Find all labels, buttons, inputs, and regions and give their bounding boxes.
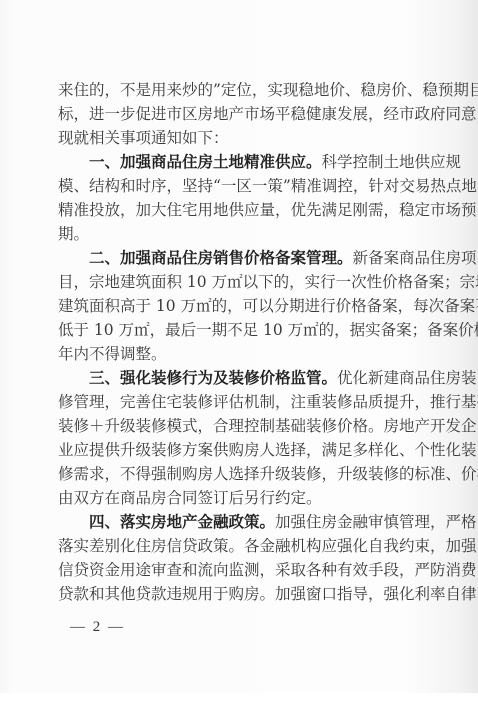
section-heading-line: 四、落实房地产金融政策。加强住房金融审慎管理，严格 — [58, 510, 422, 534]
text-line: 年内不得调整。 — [58, 342, 422, 366]
text-line: 修需求，不得强制购房人选择升级装修，升级装修的标准、价格 — [58, 462, 422, 486]
page-number: — 2 — — [70, 619, 125, 636]
document-body: 来住的，不是用来炒的”定位，实现稳地价、稳房价、稳预期目 标，进一步促进市区房地… — [58, 78, 422, 606]
section-text: 优化新建商品住房装 — [337, 369, 477, 387]
text-line: 业应提供升级装修方案供购房人选择，满足多样化、个性化装 — [58, 438, 422, 462]
section-4: 四、落实房地产金融政策。加强住房金融审慎管理，严格 落实差别化住房信贷政策。各金… — [58, 510, 422, 606]
section-heading: 三、强化装修行为及装修价格监管。 — [89, 369, 337, 387]
section-heading-line: 二、加强商品住房销售价格备案管理。新备案商品住房项 — [58, 246, 422, 270]
text-line: 现就相关事项通知如下： — [58, 126, 422, 150]
text-line: 建筑面积高于 10 万㎡的，可以分期进行价格备案，每次备案不 — [58, 294, 422, 318]
text-line: 标，进一步促进市区房地产市场平稳健康发展，经市政府同意， — [58, 102, 422, 126]
section-heading: 四、落实房地产金融政策。 — [89, 513, 275, 531]
section-heading: 二、加强商品住房销售价格备案管理。 — [89, 249, 353, 267]
section-text: 加强住房金融审慎管理，严格 — [275, 513, 477, 531]
text-line: 目，宗地建筑面积 10 万㎡以下的，实行一次性价格备案；宗地 — [58, 270, 422, 294]
text-line: 信贷资金用途审查和流向监测，采取各种有效手段，严防消费 — [58, 558, 422, 582]
text-line: 期。 — [58, 222, 422, 246]
text-line: 模、结构和时序，坚持“一区一策”精准调控，针对交易热点地区 — [58, 174, 422, 198]
text-line: 精准投放，加大住宅用地供应量，优先满足刚需，稳定市场预 — [58, 198, 422, 222]
section-heading-line: 一、加强商品住房土地精准供应。科学控制土地供应规 — [58, 150, 422, 174]
section-text: 科学控制土地供应规 — [322, 153, 462, 171]
section-heading: 一、加强商品住房土地精准供应。 — [89, 153, 322, 171]
section-3: 三、强化装修行为及装修价格监管。优化新建商品住房装 修管理，完善住宅装修评估机制… — [58, 366, 422, 510]
text-line: 落实差别化住房信贷政策。各金融机构应强化自我约束，加强 — [58, 534, 422, 558]
text-line: 来住的，不是用来炒的”定位，实现稳地价、稳房价、稳预期目 — [58, 78, 422, 102]
text-line: 装修＋升级装修模式，合理控制基础装修价格。房地产开发企 — [58, 414, 422, 438]
document-page: 来住的，不是用来炒的”定位，实现稳地价、稳房价、稳预期目 标，进一步促进市区房地… — [0, 0, 478, 693]
section-1: 一、加强商品住房土地精准供应。科学控制土地供应规 模、结构和时序，坚持“一区一策… — [58, 150, 422, 246]
intro-paragraph: 来住的，不是用来炒的”定位，实现稳地价、稳房价、稳预期目 标，进一步促进市区房地… — [58, 78, 422, 150]
text-line: 由双方在商品房合同签订后另行约定。 — [58, 486, 422, 510]
text-line: 修管理，完善住宅装修评估机制，注重装修品质提升，推行基础 — [58, 390, 422, 414]
text-line: 贷款和其他贷款违规用于购房。加强窗口指导，强化利率自律 — [58, 582, 422, 606]
text-line: 低于 10 万㎡，最后一期不足 10 万㎡的，据实备案；备案价格一 — [58, 318, 422, 342]
section-text: 新备案商品住房项 — [353, 249, 477, 267]
section-2: 二、加强商品住房销售价格备案管理。新备案商品住房项 目，宗地建筑面积 10 万㎡… — [58, 246, 422, 366]
section-heading-line: 三、强化装修行为及装修价格监管。优化新建商品住房装 — [58, 366, 422, 390]
